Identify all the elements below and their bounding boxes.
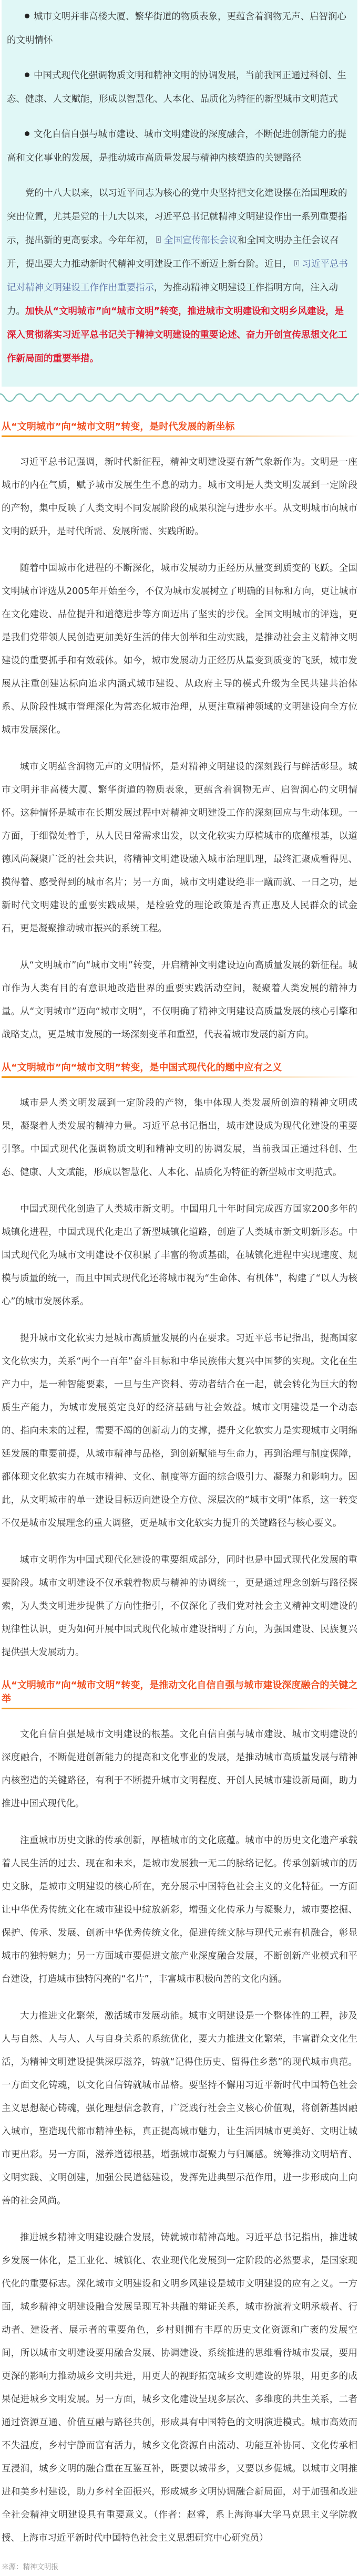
paragraph: 文化自信自强是城市文明建设的根基。文化自信自强与城市建设、城市文明建设的深度融合…: [0, 1723, 359, 1815]
paragraph: 从“文明城市”向“城市文明”转变，开启精神文明建设迈向高质量发展的新征程。城市作…: [0, 954, 359, 1046]
paragraph: 大力推进文化繁荣，激活城市发展动能。城市文明建设是一个整体性的工程，涉及人与自然…: [0, 2004, 359, 2213]
summary-box: 城市文明并非高楼大厦、繁华街道的物质表象，更蕴含着润物无声、启智润心的文明情怀 …: [2, 0, 357, 387]
source-attribution: 来源：精神文明报: [2, 2561, 359, 2576]
article: 城市文明并非高楼大厦、繁华街道的物质表象，更蕴含着润物无声、启智润心的文明情怀 …: [0, 0, 359, 2576]
paragraph: 提升城市文化软实力是城市高质量发展的内在要求。习近平总书记指出，提高国家文化软实…: [0, 1327, 359, 1535]
paragraph: 城市是人类文明发展到一定阶段的产物，集中体现人类发展所创造的精神文明成果，凝聚着…: [0, 1092, 359, 1184]
summary-bullet: 城市文明并非高楼大厦、繁华街道的物质表象，更蕴含着润物无声、启智润心的文明情怀: [7, 5, 352, 53]
link-label[interactable]: 全国宣传部长会议: [164, 235, 238, 246]
summary-bullet: 文化自信自强与城市建设、城市文明建设的深度融合，不断促进创新能力的提高和文化事业…: [7, 123, 352, 170]
paragraph: 随着中国城市化进程的不断深化，城市发展动力正经历从量变到质变的飞跃。全国文明城市…: [0, 557, 359, 742]
lead-highlight: 加快从“文明城市”向“城市文明”转变，推进城市文明建设和文明乡风建设，是深入贯彻…: [7, 306, 347, 364]
summary-bullet-text: 中国式现代化强调物质文明和精神文明的协调发展，当前我国正通过科创、生态、健康、人…: [7, 70, 346, 105]
wave-divider: [0, 390, 359, 406]
summary-bullet-text: 文化自信自强与城市建设、城市文明建设的深度融合，不断促进创新能力的提高和文化事业…: [7, 129, 346, 163]
summary-bullet-text: 城市文明并非高楼大厦、繁华街道的物质表象，更蕴含着润物无声、启智润心的文明情怀: [7, 12, 346, 46]
paragraph: 推进城乡精神文明建设融合发展，铸就城市精神高地。习近平总书记指出，推进城乡发展一…: [0, 2226, 359, 2550]
paragraph: 中国式现代化创造了人类城市新文明。中国用几十年时间完成西方国家200多年的城镇化…: [0, 1198, 359, 1313]
bullet-dot-icon: [25, 72, 29, 77]
section-heading-1: 从“文明城市”向“城市文明”转变，是时代发展的新坐标: [0, 420, 359, 437]
paragraph: 城市文明作为中国式现代化建设的重要组成部分，同时也是中国式现代化发展的重要阶段。…: [0, 1549, 359, 1664]
bullet-dot-icon: [25, 131, 29, 136]
link-propaganda-conference[interactable]: 全国宣传部长会议: [154, 235, 238, 246]
bullet-dot-icon: [25, 14, 29, 18]
section-heading-3: 从“文明城市”向“城市文明”转变，是推动文化自信自强与城市建设深度融合的关键之举: [0, 1679, 359, 1709]
document-link-icon: [294, 260, 299, 266]
paragraph: 习近平总书记强调，新时代新征程，精神文明建设要有新气象新作为。文明是一座城市的内…: [0, 451, 359, 543]
document-link-icon: [156, 236, 161, 243]
paragraph: 注重城市历史文脉的传承创新，厚植城市的文化底蕴。城市中的历史文化遗产承载着人民生…: [0, 1829, 359, 1991]
summary-bullet: 中国式现代化强调物质文明和精神文明的协调发展，当前我国正通过科创、生态、健康、人…: [7, 64, 352, 111]
section-heading-2: 从“文明城市”向“城市文明”转变，是中国式现代化的题中应有之义: [0, 1061, 359, 1078]
paragraph: 城市文明蕴含润物无声的文明情怀，是对精神文明建设的深刻践行与鲜活彰显。城市文明并…: [0, 755, 359, 940]
summary-lead-paragraph: 党的十八大以来，以习近平同志为核心的党中央坚持把文化建设摆在治国理政的突出位置，…: [7, 182, 352, 371]
